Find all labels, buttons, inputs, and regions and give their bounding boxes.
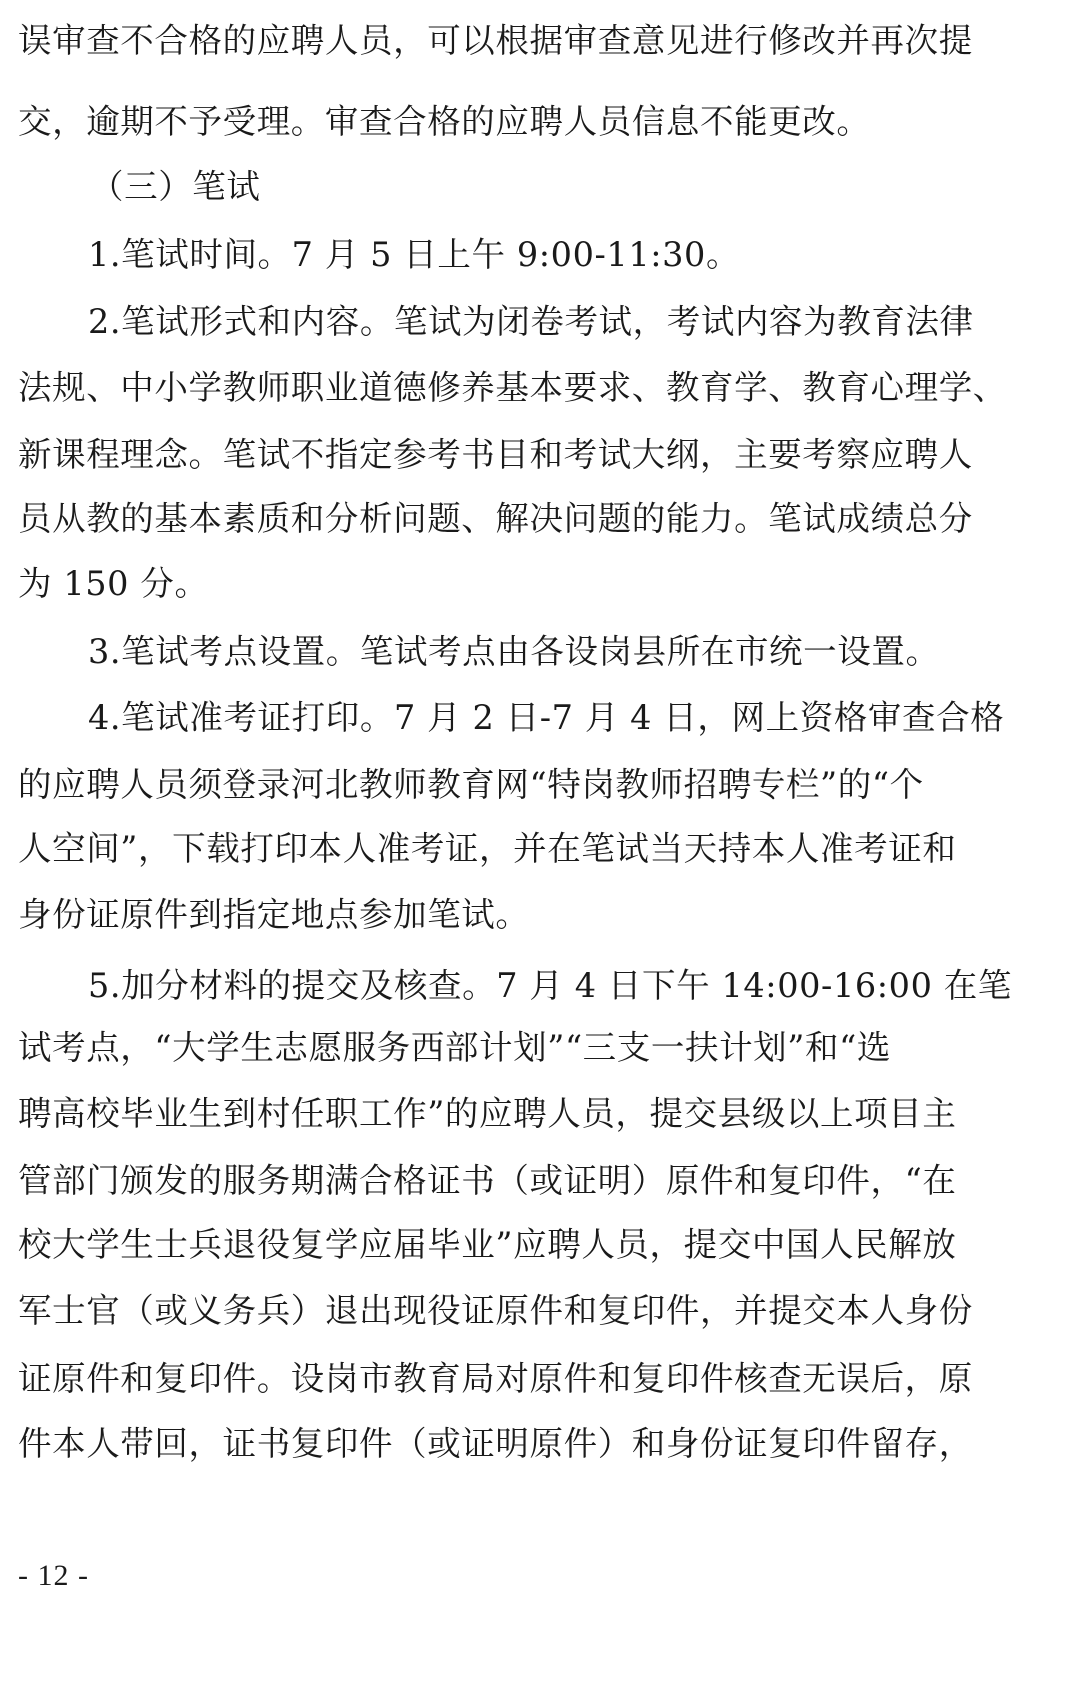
text-line-14: 身份证原件到指定地点参加笔试。 xyxy=(18,882,1068,948)
document-page: 误审查不合格的应聘人员，可以根据审查意见进行修改并再次提 交，逾期不予受理。审查… xyxy=(0,0,1080,1682)
item-2-exam-format: 2.笔试形式和内容。笔试为闭卷考试，考试内容为教育法律 xyxy=(88,289,1068,355)
text-line-13: 人空间”，下载打印本人准考证，并在笔试当天持本人准考证和 xyxy=(18,816,1068,882)
text-line-2: 交，逾期不予受理。审查合格的应聘人员信息不能更改。 xyxy=(18,89,1068,155)
text-line-1: 误审查不合格的应聘人员，可以根据审查意见进行修改并再次提 xyxy=(18,8,1068,74)
text-line-19: 校大学生士兵退役复学应届毕业”应聘人员，提交中国人民解放 xyxy=(18,1212,1068,1278)
text-line-12: 的应聘人员须登录河北教师教育网“特岗教师招聘专栏”的“个 xyxy=(18,752,1068,818)
text-line-7: 新课程理念。笔试不指定参考书目和考试大纲，主要考察应聘人 xyxy=(18,422,1068,488)
item-4-admission-ticket: 4.笔试准考证打印。7 月 2 日-7 月 4 日，网上资格审查合格 xyxy=(88,685,1068,751)
text-line-17: 聘高校毕业生到村任职工作”的应聘人员，提交县级以上项目主 xyxy=(18,1081,1068,1147)
text-line-22: 件本人带回，证书复印件（或证明原件）和身份证复印件留存， xyxy=(18,1411,1068,1477)
item-1-exam-time: 1.笔试时间。7 月 5 日上午 9:00-11:30。 xyxy=(88,222,1068,288)
text-line-8: 员从教的基本素质和分析问题、解决问题的能力。笔试成绩总分 xyxy=(18,486,1068,552)
page-number: - 12 - xyxy=(18,1546,89,1606)
section-heading-written-exam: （三）笔试 xyxy=(90,154,1080,220)
text-line-20: 军士官（或义务兵）退出现役证原件和复印件，并提交本人身份 xyxy=(18,1278,1068,1344)
text-line-18: 管部门颁发的服务期满合格证书（或证明）原件和复印件，“在 xyxy=(18,1148,1068,1214)
text-line-6: 法规、中小学教师职业道德修养基本要求、教育学、教育心理学、 xyxy=(18,355,1068,421)
text-line-16: 试考点，“大学生志愿服务西部计划”“三支一扶计划”和“选 xyxy=(18,1015,1068,1081)
text-line-21: 证原件和复印件。设岗市教育局对原件和复印件核查无误后，原 xyxy=(18,1346,1068,1412)
item-5-bonus-materials: 5.加分材料的提交及核查。7 月 4 日下午 14:00-16:00 在笔 xyxy=(88,953,1068,1019)
item-3-exam-location: 3.笔试考点设置。笔试考点由各设岗县所在市统一设置。 xyxy=(88,619,1068,685)
text-line-9: 为 150 分。 xyxy=(18,551,1068,617)
